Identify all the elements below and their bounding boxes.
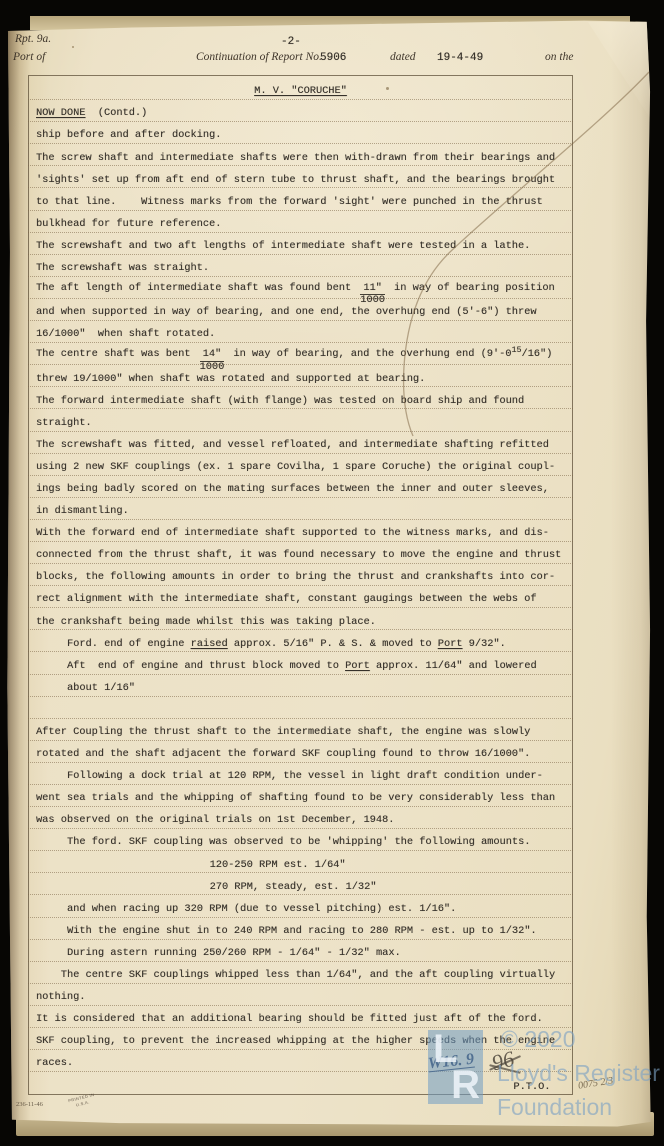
stacked-fraction: 14"1000 [200, 349, 225, 361]
port-of-label: Port of [13, 51, 45, 63]
document-line: the crankshaft being made whilst this wa… [28, 608, 573, 630]
document-line: ings being badly scored on the mating su… [28, 476, 573, 498]
document-lines: M. V. "CORUCHE"NOW DONE (Contd.)ship bef… [28, 78, 573, 1094]
document-line: The screw shaft and intermediate shafts … [28, 144, 573, 166]
document-line: 'sights' set up from aft end of stern tu… [28, 166, 573, 188]
document-line: With the forward end of intermediate sha… [28, 520, 573, 542]
pto-line: P.T.O. [28, 1072, 573, 1094]
document-line: Aft end of engine and thrust block moved… [28, 652, 573, 674]
document-line: rect alignment with the intermediate sha… [28, 586, 573, 608]
document-line: The aft length of intermediate shaft was… [28, 277, 573, 299]
paper-speck [72, 46, 74, 48]
document-line: in dismantling. [28, 498, 573, 520]
paper-speck [233, 58, 235, 60]
document-line: The centre shaft was bent 14"1000 in way… [28, 343, 573, 365]
document-line: nothing. [28, 984, 573, 1006]
document-line: was observed on the original trials on 1… [28, 807, 573, 829]
document-line: 16/1000" when shaft rotated. [28, 321, 573, 343]
document-line: After Coupling the thrust shaft to the i… [28, 719, 573, 741]
document-line: threw 19/1000" when shaft was rotated an… [28, 365, 573, 387]
document-line: It is considered that an additional bear… [28, 1006, 573, 1028]
document-line: The screwshaft was fitted, and vessel re… [28, 432, 573, 454]
page-number: -2- [281, 36, 301, 48]
document-line: During astern running 250/260 RPM - 1/64… [28, 940, 573, 962]
report-date: 19-4-49 [437, 52, 483, 64]
photo-background: Rpt. 9a. -2- / Port of Continuation of R… [0, 0, 664, 1146]
document-line: The screwshaft and two aft lengths of in… [28, 233, 573, 255]
document-line: to that line. Witness marks from the for… [28, 188, 573, 210]
document-line: Ford. end of engine raised approx. 5/16"… [28, 630, 573, 652]
document-line: bulkhead for future reference. [28, 211, 573, 233]
document-page: Rpt. 9a. -2- / Port of Continuation of R… [0, 0, 664, 1146]
continuation-label: Continuation of Report No. [196, 51, 322, 63]
blank-ruled-line [28, 697, 573, 719]
document-line: about 1/16" [28, 675, 573, 697]
document-line: 270 RPM, steady, est. 1/32" [28, 873, 573, 895]
document-line: The forward intermediate shaft (with fla… [28, 387, 573, 409]
document-line: The centre SKF couplings whipped less th… [28, 962, 573, 984]
document-line: blocks, the following amounts in order t… [28, 564, 573, 586]
corner-fold [588, 22, 650, 118]
document-line: With the engine shut in to 240 RPM and r… [28, 918, 573, 940]
pencil-reference-number: 0075 2/3 [577, 1075, 614, 1091]
stacked-fraction: 11"1000 [360, 283, 385, 295]
on-the-label: on the [545, 51, 573, 63]
document-line: ship before and after docking. [28, 122, 573, 144]
report-number: 5906 [320, 52, 346, 64]
document-line: SKF coupling, to prevent the increased w… [28, 1028, 573, 1050]
document-line: and when supported in way of bearing, an… [28, 299, 573, 321]
document-line: rotated and the shaft adjacent the forwa… [28, 741, 573, 763]
report-form-label: Rpt. 9a. [15, 33, 51, 45]
document-line: connected from the thrust shaft, it was … [28, 542, 573, 564]
document-line: Following a dock trial at 120 RPM, the v… [28, 763, 573, 785]
form-print-code: 236-11-46 [16, 1101, 43, 1108]
document-line: The ford. SKF coupling was observed to b… [28, 829, 573, 851]
document-line: went sea trials and the whipping of shaf… [28, 785, 573, 807]
document-line: straight. [28, 409, 573, 431]
handwritten-tick-mark: / [0, 45, 8, 64]
document-line: using 2 new SKF couplings (ex. 1 spare C… [28, 454, 573, 476]
document-line: The screwshaft was straight. [28, 255, 573, 277]
document-line: and when racing up 320 RPM (due to vesse… [28, 895, 573, 917]
paper-speck [386, 87, 389, 90]
document-line: 120-250 RPM est. 1/64" [28, 851, 573, 873]
document-line: NOW DONE (Contd.) [28, 100, 573, 122]
document-title-line: M. V. "CORUCHE" [28, 78, 573, 100]
dated-label: dated [390, 51, 416, 63]
